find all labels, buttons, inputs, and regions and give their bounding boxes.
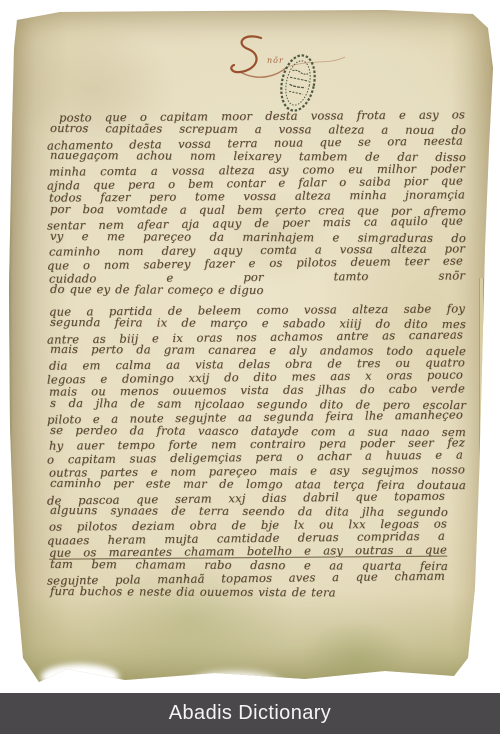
torn-bottom-edge — [41, 664, 119, 690]
handwriting-line: fura buchos e neste dia ouuemos vista de… — [50, 584, 466, 600]
folio-leaf-edges — [479, 278, 491, 678]
parchment-page: nõr posto que o capitam moor desta vossa… — [5, 8, 494, 686]
handwriting-paragraph-2: que a partida de beleem como vossa altez… — [49, 304, 465, 599]
caption-text: Abadis Dictionary — [169, 702, 331, 725]
caption-bar: Abadis Dictionary — [0, 693, 500, 734]
manuscript-photo: nõr posto que o capitam moor desta vossa… — [0, 0, 500, 693]
page-left-edge — [5, 8, 13, 686]
dictionary-image-card: nõr posto que o capitam moor desta vossa… — [0, 0, 500, 734]
handwriting-line: do que ey de falar começo e diguo — [50, 283, 466, 299]
handwriting-paragraph-1: posto que o capitam moor desta vossa fro… — [49, 110, 465, 298]
